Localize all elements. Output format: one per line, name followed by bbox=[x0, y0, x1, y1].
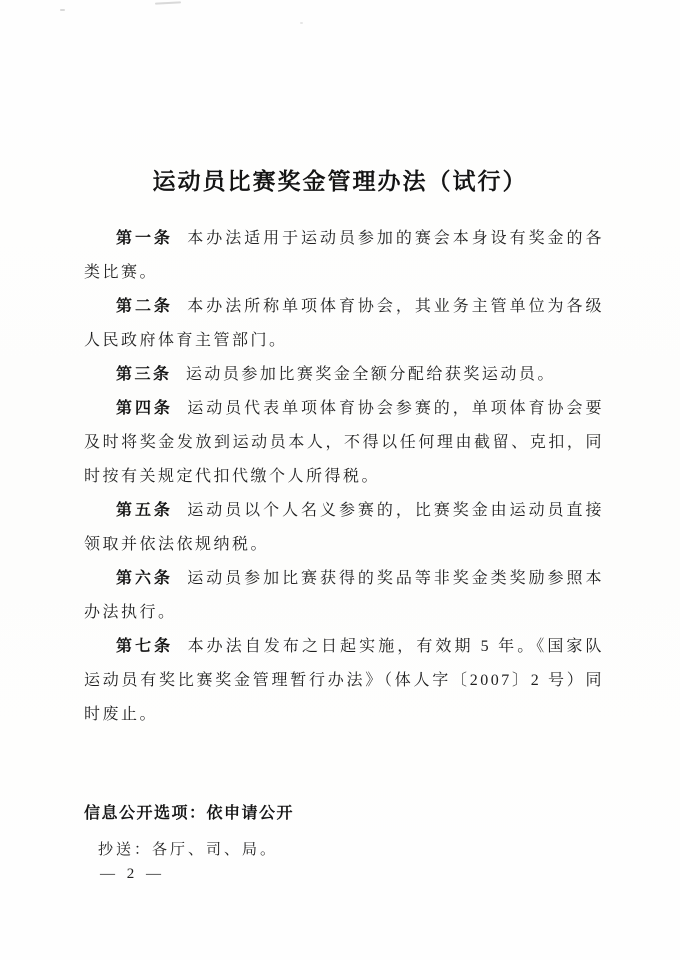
article-5: 第五条运动员以个人名义参赛的，比赛奖金由运动员直接领取并依法依规纳税。 bbox=[84, 494, 604, 562]
scan-artifact bbox=[155, 1, 181, 4]
article-6-label: 第六条 bbox=[116, 570, 173, 587]
article-1-label: 第一条 bbox=[116, 230, 173, 247]
article-7: 第七条本办法自发布之日起实施，有效期 5 年。《国家队运动员有奖比赛奖金管理暂行… bbox=[84, 630, 604, 732]
article-3-text: 运动员参加比赛奖金全额分配给获奖运动员。 bbox=[186, 366, 556, 383]
article-4: 第四条运动员代表单项体育协会参赛的，单项体育协会要及时将奖金发放到运动员本人，不… bbox=[84, 392, 604, 494]
page-number: — 2 — bbox=[100, 866, 165, 883]
scan-artifact bbox=[60, 9, 65, 11]
info-disclosure-line: 信息公开选项：依申请公开 bbox=[84, 800, 294, 823]
document-body: 第一条本办法适用于运动员参加的赛会本身设有奖金的各类比赛。 第二条本办法所称单项… bbox=[84, 222, 604, 732]
article-4-label: 第四条 bbox=[116, 400, 173, 417]
document-title: 运动员比赛奖金管理办法（试行） bbox=[80, 163, 600, 196]
article-5-label: 第五条 bbox=[116, 502, 173, 519]
article-3: 第三条运动员参加比赛奖金全额分配给获奖运动员。 bbox=[84, 358, 604, 392]
article-6: 第六条运动员参加比赛获得的奖品等非奖金类奖励参照本办法执行。 bbox=[84, 562, 604, 630]
article-7-label: 第七条 bbox=[116, 638, 173, 655]
article-2: 第二条本办法所称单项体育协会，其业务主管单位为各级人民政府体育主管部门。 bbox=[84, 290, 604, 358]
cc-line: 抄送：各厅、司、局。 bbox=[98, 838, 278, 859]
article-2-label: 第二条 bbox=[116, 298, 173, 315]
scan-artifact bbox=[300, 22, 303, 24]
article-3-label: 第三条 bbox=[116, 366, 172, 383]
article-1: 第一条本办法适用于运动员参加的赛会本身设有奖金的各类比赛。 bbox=[84, 222, 604, 290]
document-page: 运动员比赛奖金管理办法（试行） 第一条本办法适用于运动员参加的赛会本身设有奖金的… bbox=[0, 0, 680, 960]
